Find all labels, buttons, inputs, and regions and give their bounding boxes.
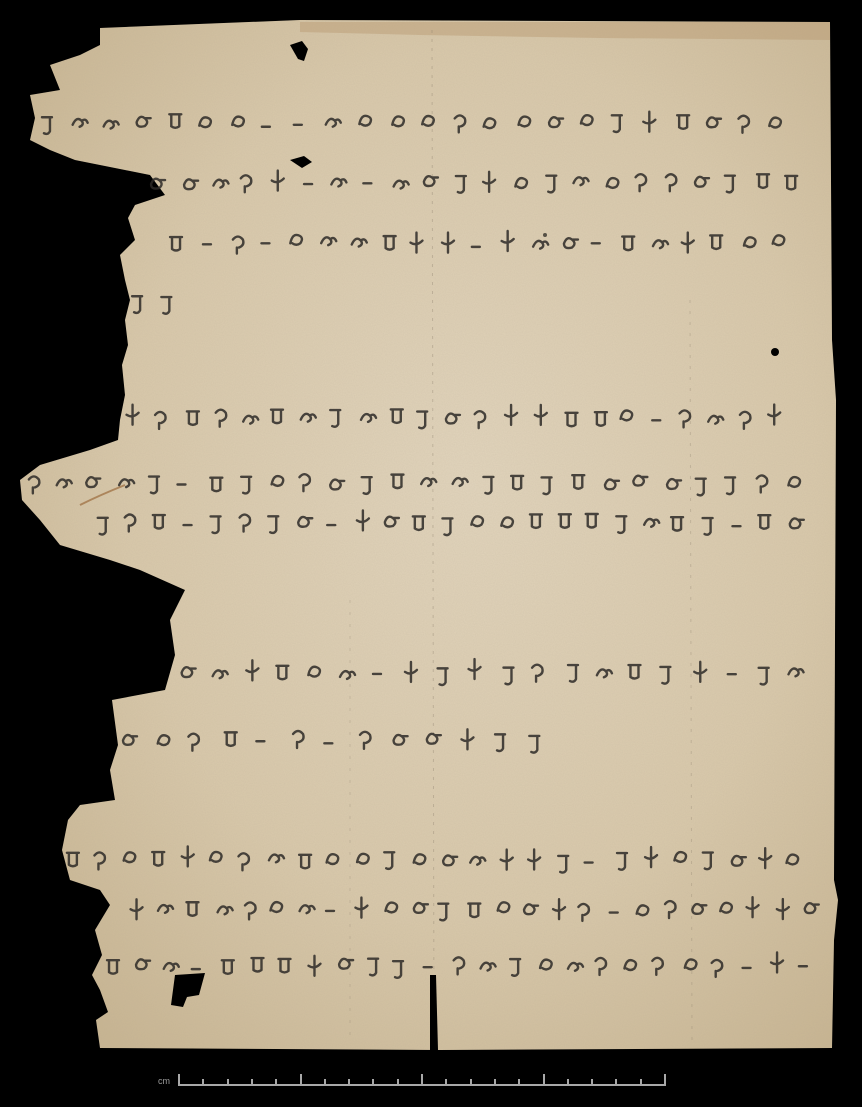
scale-tick — [348, 1079, 350, 1086]
scale-tick — [567, 1079, 569, 1086]
scale-tick — [591, 1079, 593, 1086]
scale-tick — [372, 1079, 374, 1086]
scale-tick — [615, 1079, 617, 1086]
scale-tick — [664, 1074, 666, 1086]
scale-tick — [227, 1079, 229, 1086]
scale-tick — [275, 1079, 277, 1086]
scale-tick — [494, 1079, 496, 1086]
scale-tick — [543, 1074, 545, 1086]
scale-tick — [640, 1079, 642, 1086]
scale-tick — [300, 1074, 302, 1086]
scale-tick — [518, 1079, 520, 1086]
scale-tick — [202, 1079, 204, 1086]
scale-tick — [251, 1079, 253, 1086]
scale-unit-label: cm — [158, 1076, 170, 1086]
scale-tick — [421, 1074, 423, 1086]
scale-tick — [470, 1079, 472, 1086]
manuscript-photo — [0, 0, 862, 1107]
scale-tick — [178, 1074, 180, 1086]
scale-tick — [397, 1079, 399, 1086]
centimeter-scale-bar: cm — [158, 1074, 748, 1088]
scale-tick — [445, 1079, 447, 1086]
scale-tick — [324, 1079, 326, 1086]
